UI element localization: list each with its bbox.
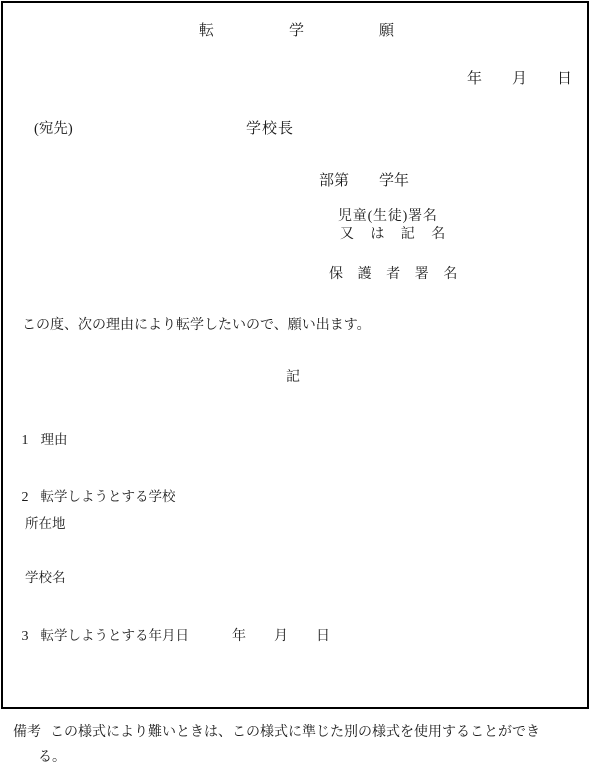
school-name-label: 学校名 [25,571,66,585]
grade-line: 部第 学年 [319,174,409,189]
item-3-date-fields: 年 月 日 [232,629,330,644]
item-row-reason: 1理由 [8,419,68,461]
section-marker: 記 [0,371,586,385]
principal-label: 学校長 [246,122,294,137]
student-signature-line-1: 児童(生徒)署名 [338,210,438,224]
item-2-number: 2 [22,491,41,505]
remarks-note: 備考この様式により難いときは、この様式に準じた別の様式を使用することができ る。 [13,720,591,764]
item-3-label: 転学しようとする年月日 [41,628,190,643]
item-1-label: 理由 [41,432,68,447]
location-label: 所在地 [25,517,66,531]
item-row-target-school: 2転学しようとする学校 [8,476,176,518]
guardian-signature-line: 保 護 者 署 名 [329,268,458,282]
student-signature-line-2: 又 は 記 名 [340,228,446,242]
date-line: 年 月 日 [467,72,572,87]
item-row-transfer-date: 3転学しようとする年月日年 月 日 [8,615,330,657]
remarks-text-line-1: この様式により難いときは、この様式に準じた別の様式を使用することができ [50,725,540,740]
addressee-label: (宛先) [34,122,73,137]
form-border-box [1,1,589,709]
remarks-line-1: 備考この様式により難いときは、この様式に準じた別の様式を使用することができ [13,720,591,745]
item-1-number: 1 [22,434,41,448]
transfer-application-page: 転 学 願 年 月 日 (宛先) 学校長 部第 学年 児童(生徒)署名 又 は … [0,0,593,764]
item-3-number: 3 [22,630,41,644]
body-sentence: この度、次の理由により転学したいので、願い出ます。 [22,319,371,333]
item-2-label: 転学しようとする学校 [41,489,176,504]
remarks-label: 備考 [13,725,41,740]
remarks-text-line-2: る。 [38,745,591,764]
page-title: 転 学 願 [0,24,593,39]
